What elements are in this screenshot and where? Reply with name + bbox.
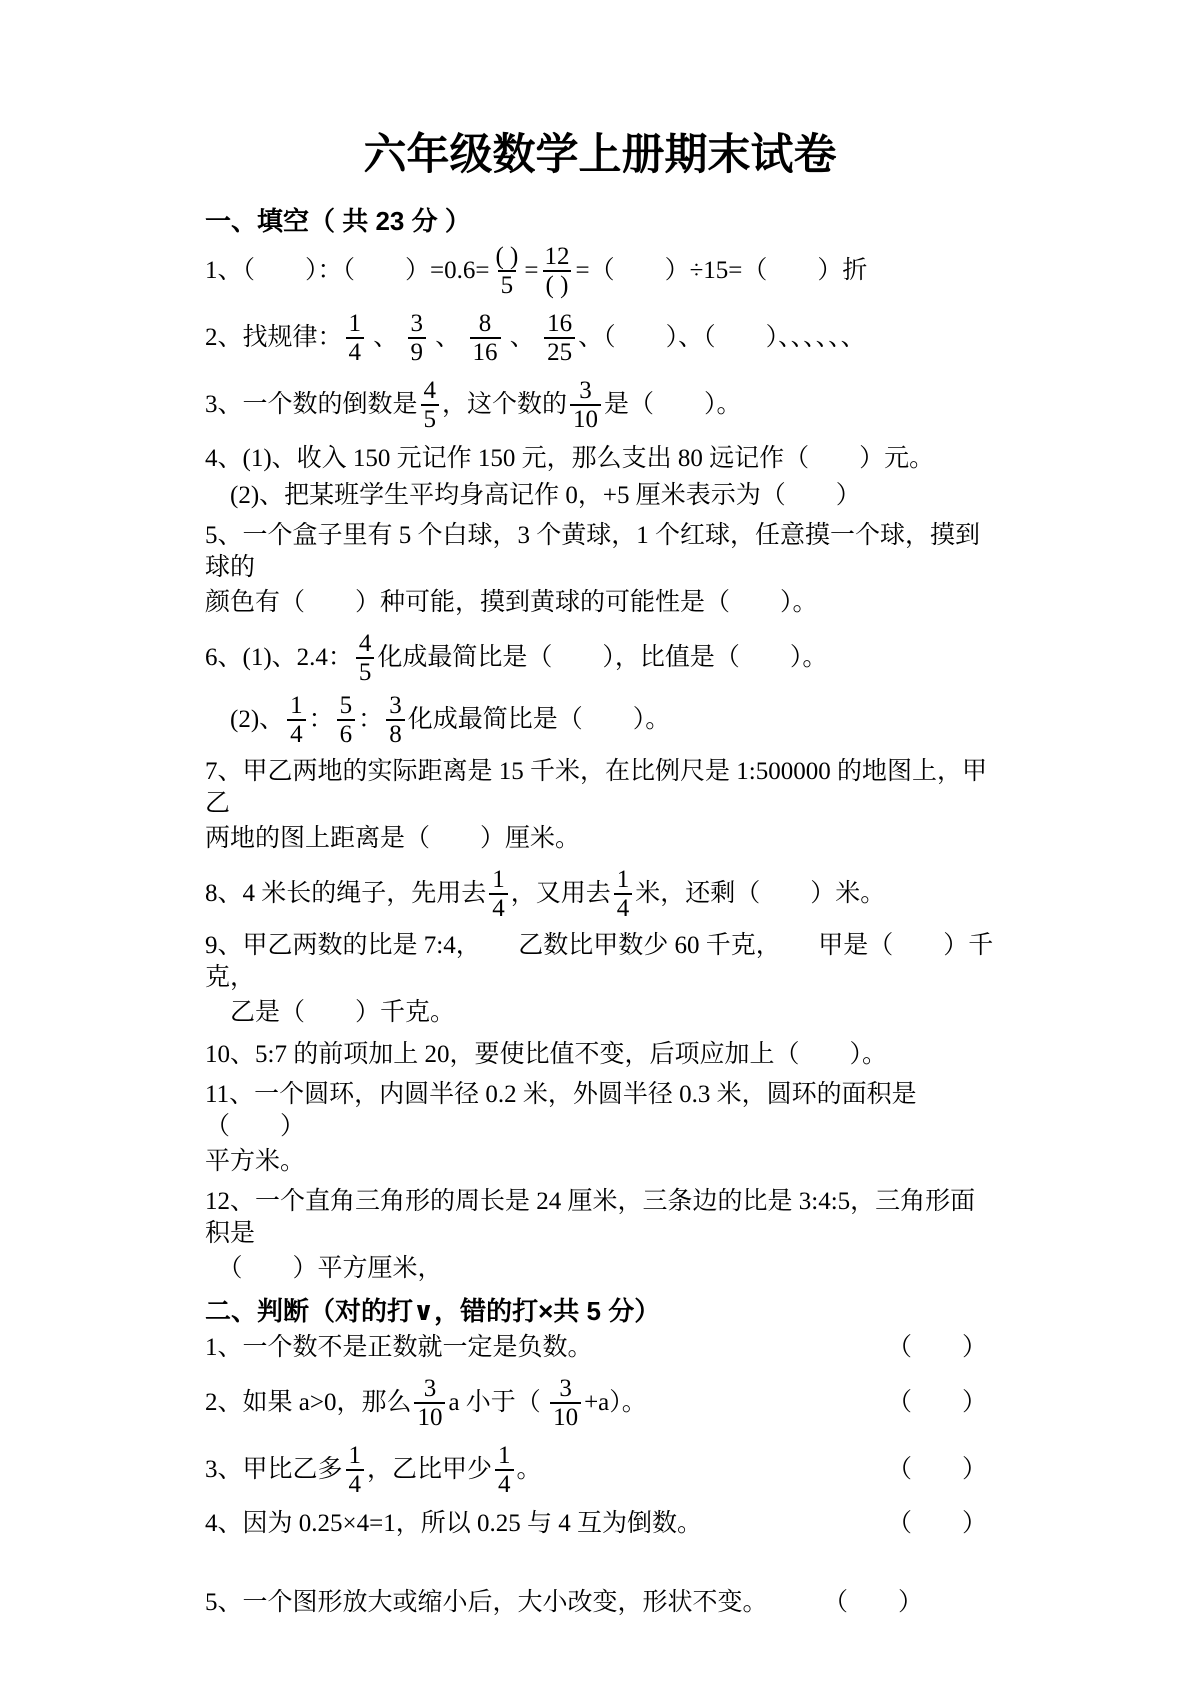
fraction-denominator: 4 xyxy=(346,1469,365,1498)
question-line: 10、5:7 的前项加上 20，要使比值不变，后项应加上（ ）。 xyxy=(205,1037,995,1074)
fraction: 45 xyxy=(356,630,375,686)
fraction-numerator: 16 xyxy=(544,310,575,337)
fraction: 14 xyxy=(346,1442,365,1498)
text-run: 、（ ）、（ ）、、、、、、 xyxy=(578,322,866,355)
text-run: 5、一个图形放大或缩小后，大小改变，形状不变。 xyxy=(205,1587,768,1620)
text-run: 1、（ ）：（ ）=0.6= xyxy=(205,255,489,288)
question-line: 5、一个图形放大或缩小后，大小改变，形状不变。（ ） xyxy=(205,1585,995,1622)
fraction-denominator: 10 xyxy=(550,1402,581,1431)
fraction: 14 xyxy=(495,1442,514,1498)
fraction: 14 xyxy=(287,692,306,748)
question: 6、(1)、2.4：45化成最简比是（ ），比值是（ ）。 (2)、14：56：… xyxy=(205,627,995,751)
fraction-denominator: 16 xyxy=(470,337,501,366)
fraction-numerator: 1 xyxy=(495,1442,514,1469)
question-line: 8、4 米长的绳子，先用去14，又用去14米，还剩（ ）米。 xyxy=(205,863,995,925)
fraction-numerator: 1 xyxy=(346,1442,365,1469)
question: 8、4 米长的绳子，先用去14，又用去14米，还剩（ ）米。 xyxy=(205,863,995,925)
question-line: 11、一个圆环，内圆半径 0.2 米，外圆半径 0.3 米，圆环的面积是（ ） xyxy=(205,1079,995,1144)
text-run: ： xyxy=(309,704,334,737)
text-run: 6、(1)、2.4： xyxy=(205,642,353,675)
text-run: =（ ）÷15=（ ）折 xyxy=(575,255,867,288)
fraction-denominator: 5 xyxy=(356,657,375,686)
text-run: 11、一个圆环，内圆半径 0.2 米，外圆半径 0.3 米，圆环的面积是（ ） xyxy=(205,1079,995,1144)
text-run: ： xyxy=(358,704,383,737)
fraction-numerator: 3 xyxy=(556,1375,575,1402)
fraction-numerator: 12 xyxy=(541,243,572,270)
text-run: 化成最简比是（ ），比值是（ ）。 xyxy=(377,642,827,675)
fraction: 14 xyxy=(489,866,508,922)
text-run: 3、甲比乙多 xyxy=(205,1454,343,1487)
fraction: 14 xyxy=(346,310,365,366)
fraction-numerator: 4 xyxy=(356,630,375,657)
fraction-denominator: 5 xyxy=(498,270,517,299)
question-line: (2)、14：56：38化成最简比是（ ）。 xyxy=(205,689,995,751)
question: 10、5:7 的前项加上 20，要使比值不变，后项应加上（ ）。 xyxy=(205,1037,995,1074)
section-heading: 二、判断（对的打∨，错的打×共 5 分） xyxy=(205,1294,995,1330)
text-run: 1、一个数不是正数就一定是负数。 xyxy=(205,1332,593,1365)
question: 5、一个盒子里有 5 个白球，3 个黄球，1 个红球，任意摸一个球，摸到球的颜色… xyxy=(205,520,995,622)
text-run: ，又用去 xyxy=(511,878,611,911)
fraction-numerator: 3 xyxy=(421,1375,440,1402)
question: 12、一个直角三角形的周长是 24 厘米，三条边的比是 3:4:5，三角形面积是… xyxy=(205,1186,995,1288)
text-run: 乙是（ ）千克。 xyxy=(205,997,455,1030)
fraction-numerator: 1 xyxy=(346,310,365,337)
text-run: 、 xyxy=(367,322,405,355)
fraction-denominator: 9 xyxy=(408,337,427,366)
fraction-numerator: 3 xyxy=(576,377,595,404)
fraction: 14 xyxy=(614,866,633,922)
text-run: 化成最简比是（ ）。 xyxy=(408,704,671,737)
question-line: (2)、把某班学生平均身高记作 0，+5 厘米表示为（ ） xyxy=(205,478,995,515)
fraction: 39 xyxy=(408,310,427,366)
question-line: 12、一个直角三角形的周长是 24 厘米，三条边的比是 3:4:5，三角形面积是 xyxy=(205,1186,995,1251)
question: 2、如果 a>0，那么310a 小于（ 310+a）。（ ） xyxy=(205,1372,995,1434)
question-line: （ ）平方厘米， xyxy=(205,1251,995,1288)
fraction-denominator: 4 xyxy=(495,1469,514,1498)
exam-paper: 六年级数学上册期末试卷 一、填空（ 共 23 分 ）1、（ ）：（ ）=0.6=… xyxy=(0,0,1191,1684)
section-2: 二、判断（对的打∨，错的打×共 5 分）1、一个数不是正数就一定是负数。（ ）2… xyxy=(205,1294,995,1622)
text-run: 米，还剩（ ）米。 xyxy=(635,878,885,911)
question-line: 2、找规律：14 、 39 、 816 、 1625、（ ）、（ ）、、、、、、 xyxy=(205,307,995,369)
text-run: 4、(1)、收入 150 元记作 150 元，那么支出 80 远记作（ ）元。 xyxy=(205,443,934,476)
fraction-denominator: 25 xyxy=(544,337,575,366)
text-run: ，乙比甲少 xyxy=(367,1454,492,1487)
fraction: 12( ) xyxy=(541,243,572,299)
fraction-numerator: 5 xyxy=(337,692,356,719)
fraction-numerator: 3 xyxy=(408,310,427,337)
text-run: 颜色有（ ）种可能，摸到黄球的可能性是（ ）。 xyxy=(205,587,818,620)
fraction-numerator: 4 xyxy=(421,377,440,404)
text-run: 、 xyxy=(504,322,542,355)
text-run: 两地的图上距离是（ ）厘米。 xyxy=(205,823,580,856)
fraction-numerator: 1 xyxy=(287,692,306,719)
fraction: 310 xyxy=(570,377,601,433)
question-line: 1、（ ）：（ ）=0.6=( )5=12( )=（ ）÷15=（ ）折 xyxy=(205,240,995,302)
question-line: 3、甲比乙多14，乙比甲少14。（ ） xyxy=(205,1439,995,1501)
text-run: (2)、把某班学生平均身高记作 0，+5 厘米表示为（ ） xyxy=(205,480,861,513)
fraction-denominator: 10 xyxy=(570,404,601,433)
fraction-numerator: 8 xyxy=(476,310,495,337)
text-run: ，这个数的 xyxy=(442,389,567,422)
question: 11、一个圆环，内圆半径 0.2 米，外圆半径 0.3 米，圆环的面积是（ ）平… xyxy=(205,1079,995,1181)
text-run: 4、因为 0.25×4=1，所以 0.25 与 4 互为倒数。 xyxy=(205,1508,702,1541)
answer-blank: （ ） xyxy=(887,1387,987,1420)
fraction-denominator: ( ) xyxy=(543,270,572,299)
question-line: 2、如果 a>0，那么310a 小于（ 310+a）。（ ） xyxy=(205,1372,995,1434)
answer-blank: （ ） xyxy=(823,1587,923,1620)
text-run: 2、如果 a>0，那么 xyxy=(205,1387,411,1420)
fraction-denominator: 4 xyxy=(346,337,365,366)
fraction-denominator: 8 xyxy=(386,719,405,748)
question-line: 4、因为 0.25×4=1，所以 0.25 与 4 互为倒数。（ ） xyxy=(205,1506,995,1543)
text-run: 5、一个盒子里有 5 个白球，3 个黄球，1 个红球，任意摸一个球，摸到球的 xyxy=(205,520,995,585)
page-title: 六年级数学上册期末试卷 xyxy=(205,128,995,184)
text-run: 12、一个直角三角形的周长是 24 厘米，三条边的比是 3:4:5，三角形面积是 xyxy=(205,1186,995,1251)
question-line: 1、一个数不是正数就一定是负数。（ ） xyxy=(205,1330,995,1367)
text-run: 3、一个数的倒数是 xyxy=(205,389,418,422)
question-line: 5、一个盒子里有 5 个白球，3 个黄球，1 个红球，任意摸一个球，摸到球的 xyxy=(205,520,995,585)
section-heading: 一、填空（ 共 23 分 ） xyxy=(205,204,995,240)
text-run: 7、甲乙两地的实际距离是 15 千米，在比例尺是 1:500000 的地图上，甲… xyxy=(205,756,995,821)
fraction-denominator: 10 xyxy=(414,1402,445,1431)
question: 2、找规律：14 、 39 、 816 、 1625、（ ）、（ ）、、、、、、 xyxy=(205,307,995,369)
question: 4、(1)、收入 150 元记作 150 元，那么支出 80 远记作（ ）元。 … xyxy=(205,441,995,515)
fraction: ( )5 xyxy=(492,243,521,299)
fraction: 816 xyxy=(470,310,501,366)
question: 7、甲乙两地的实际距离是 15 千米，在比例尺是 1:500000 的地图上，甲… xyxy=(205,756,995,858)
fraction-denominator: 6 xyxy=(337,719,356,748)
text-run: +a）。 xyxy=(584,1387,647,1420)
question: 3、一个数的倒数是45，这个数的310是（ ）。 xyxy=(205,374,995,436)
question-line: 平方米。 xyxy=(205,1144,995,1181)
question-line: 7、甲乙两地的实际距离是 15 千米，在比例尺是 1:500000 的地图上，甲… xyxy=(205,756,995,821)
question-line: 颜色有（ ）种可能，摸到黄球的可能性是（ ）。 xyxy=(205,585,995,622)
fraction-numerator: 1 xyxy=(489,866,508,893)
text-run: 10、5:7 的前项加上 20，要使比值不变，后项应加上（ ）。 xyxy=(205,1039,887,1072)
question-line: 两地的图上距离是（ ）厘米。 xyxy=(205,821,995,858)
fraction-numerator: ( ) xyxy=(492,243,521,270)
text-run: = xyxy=(524,255,538,288)
question-line: 3、一个数的倒数是45，这个数的310是（ ）。 xyxy=(205,374,995,436)
fraction-denominator: 4 xyxy=(489,893,508,922)
answer-blank: （ ） xyxy=(887,1454,987,1487)
answer-blank: （ ） xyxy=(887,1332,987,1365)
question: 4、因为 0.25×4=1，所以 0.25 与 4 互为倒数。（ ） xyxy=(205,1506,995,1543)
sections: 一、填空（ 共 23 分 ）1、（ ）：（ ）=0.6=( )5=12( )=（… xyxy=(205,204,995,1622)
text-run: 9、甲乙两数的比是 7:4， 乙数比甲数少 60 千克， 甲是（ ）千克， xyxy=(205,930,995,995)
question: 1、（ ）：（ ）=0.6=( )5=12( )=（ ）÷15=（ ）折 xyxy=(205,240,995,302)
fraction-numerator: 3 xyxy=(386,692,405,719)
fraction-denominator: 4 xyxy=(614,893,633,922)
fraction-numerator: 1 xyxy=(614,866,633,893)
text-run: 2、找规律： xyxy=(205,322,343,355)
question-line: 乙是（ ）千克。 xyxy=(205,995,995,1032)
fraction: 45 xyxy=(421,377,440,433)
fraction-denominator: 4 xyxy=(287,719,306,748)
question-line: 9、甲乙两数的比是 7:4， 乙数比甲数少 60 千克， 甲是（ ）千克， xyxy=(205,930,995,995)
fraction: 38 xyxy=(386,692,405,748)
question: 5、一个图形放大或缩小后，大小改变，形状不变。（ ） xyxy=(205,1585,995,1622)
fraction-denominator: 5 xyxy=(421,404,440,433)
question: 1、一个数不是正数就一定是负数。（ ） xyxy=(205,1330,995,1367)
fraction: 1625 xyxy=(544,310,575,366)
question-line: 4、(1)、收入 150 元记作 150 元，那么支出 80 远记作（ ）元。 xyxy=(205,441,995,478)
answer-blank: （ ） xyxy=(887,1508,987,1541)
text-run: 8、4 米长的绳子，先用去 xyxy=(205,878,486,911)
text-run: 是（ ）。 xyxy=(604,389,742,422)
text-run: （ ）平方厘米， xyxy=(205,1253,443,1286)
text-run: a 小于（ xyxy=(448,1387,547,1420)
text-run: (2)、 xyxy=(205,704,284,737)
text-run: 平方米。 xyxy=(205,1146,305,1179)
section-1: 一、填空（ 共 23 分 ）1、（ ）：（ ）=0.6=( )5=12( )=（… xyxy=(205,204,995,1288)
text-run: 。 xyxy=(517,1454,542,1487)
fraction: 56 xyxy=(337,692,356,748)
question-line: 6、(1)、2.4：45化成最简比是（ ），比值是（ ）。 xyxy=(205,627,995,689)
text-run: 、 xyxy=(429,322,467,355)
fraction: 310 xyxy=(414,1375,445,1431)
fraction: 310 xyxy=(550,1375,581,1431)
question: 9、甲乙两数的比是 7:4， 乙数比甲数少 60 千克， 甲是（ ）千克， 乙是… xyxy=(205,930,995,1032)
question: 3、甲比乙多14，乙比甲少14。（ ） xyxy=(205,1439,995,1501)
